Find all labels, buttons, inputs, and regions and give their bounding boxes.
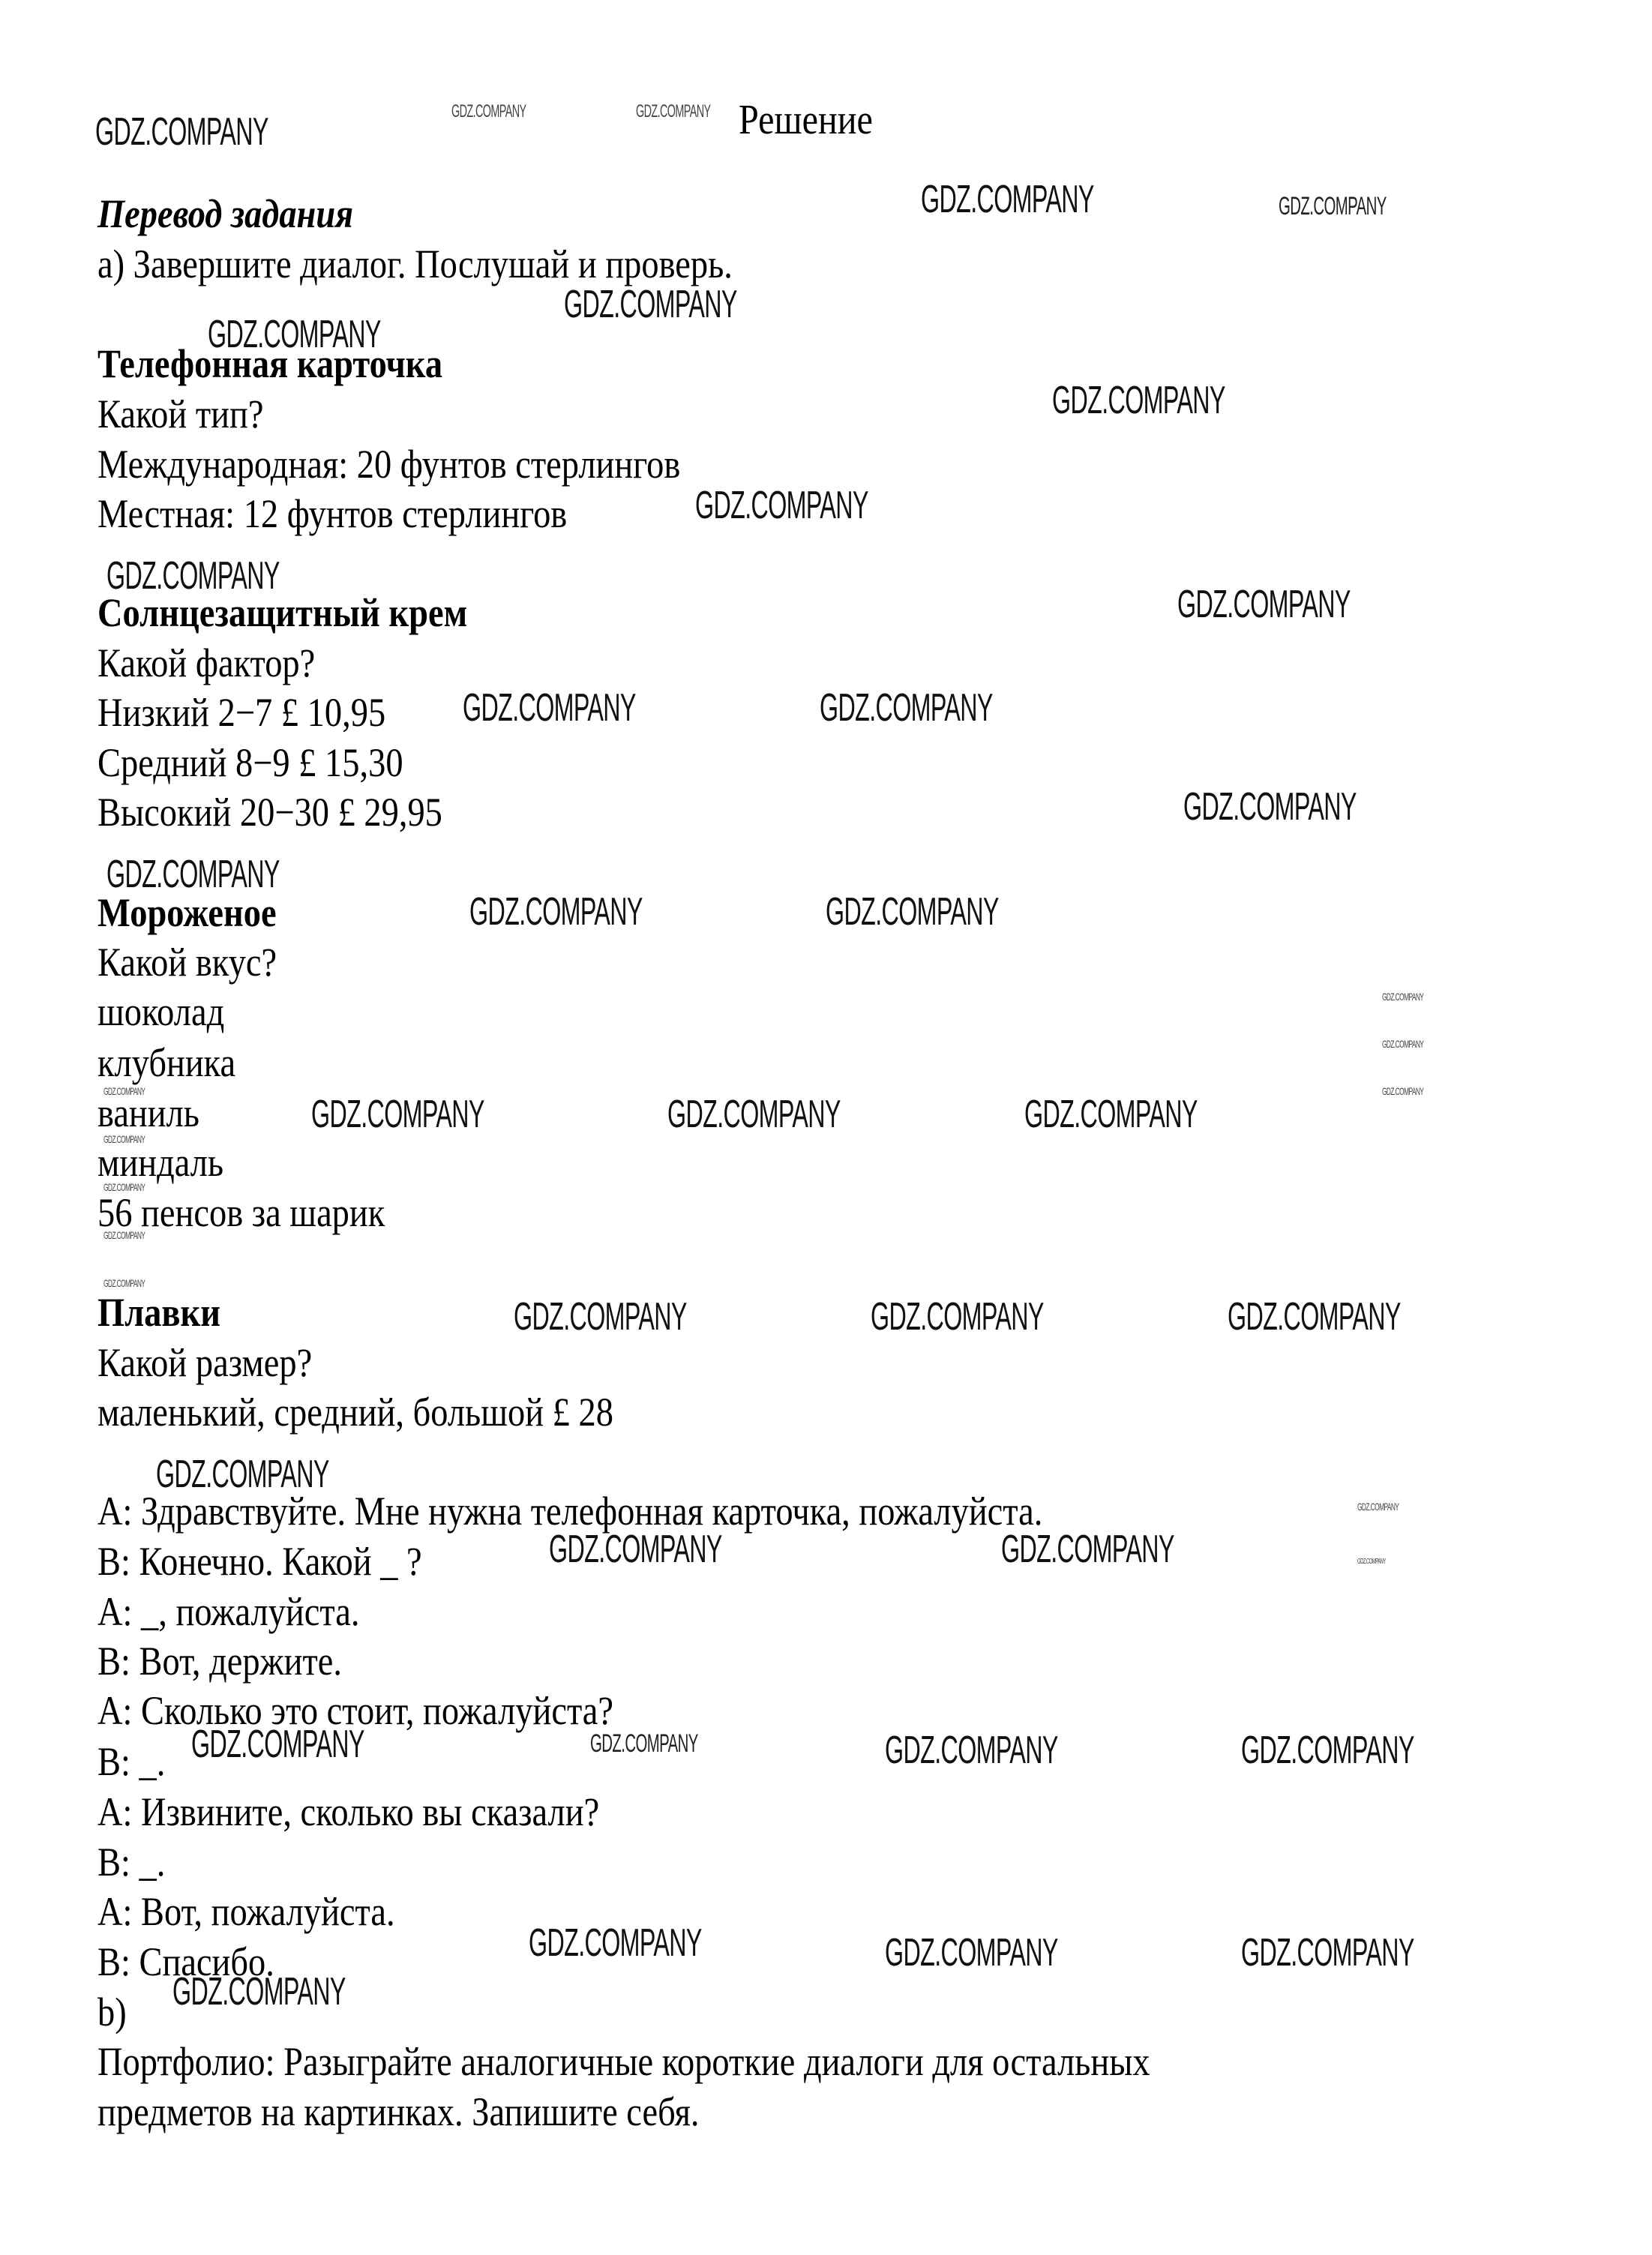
watermark: GDZ.COMPANY xyxy=(549,1530,722,1569)
dialogue-line: B: Конечно. Какой _ ? xyxy=(97,1541,422,1582)
watermark: GDZ.COMPANY xyxy=(514,1297,687,1336)
section-line: шоколад xyxy=(97,991,224,1032)
watermark: GDZ.COMPANY xyxy=(1001,1530,1174,1569)
watermark: GDZ.COMPANY xyxy=(463,688,636,727)
section-title-swim-trunks: Плавки xyxy=(97,1292,220,1333)
section-line: Низкий 2−7 £ 10,95 xyxy=(97,692,385,733)
solution-heading: Решение xyxy=(739,99,873,141)
section-line: Местная: 12 фунтов стерлингов xyxy=(97,493,567,534)
watermark: GDZ.COMPANY xyxy=(95,112,268,151)
section-title-sunscreen: Солнцезащитный крем xyxy=(97,592,467,633)
watermark: GDZ.COMPANY xyxy=(667,1095,841,1134)
dialogue-line: B: Вот, держите. xyxy=(97,1641,342,1681)
watermark: GDZ.COMPANY xyxy=(529,1924,702,1963)
watermark: GDZ.COMPANY xyxy=(1357,1501,1399,1512)
section-question: Какой тип? xyxy=(97,394,263,434)
task-b-instruction: Портфолио: Разыграйте аналогичные коротк… xyxy=(97,2041,1150,2082)
watermark: GDZ.COMPANY xyxy=(1241,1933,1414,1972)
section-line: Международная: 20 фунтов стерлингов xyxy=(97,444,680,484)
watermark: GDZ.COMPANY xyxy=(695,486,868,525)
watermark: GDZ.COMPANY xyxy=(885,1933,1058,1972)
section-line: маленький, средний, большой £ 28 xyxy=(97,1392,613,1432)
watermark: GDZ.COMPANY xyxy=(1052,381,1225,420)
watermark: GDZ.COMPANY xyxy=(1357,1558,1386,1566)
task-title: Перевод задания xyxy=(97,193,353,234)
watermark: GDZ.COMPANY xyxy=(820,688,993,727)
section-line: Средний 8−9 £ 15,30 xyxy=(97,742,403,783)
watermark: GDZ.COMPANY xyxy=(191,1725,364,1764)
dialogue-line: A: Вот, пожалуйста. xyxy=(97,1891,395,1932)
section-line: клубника xyxy=(97,1042,235,1083)
watermark: GDZ.COMPANY xyxy=(1279,193,1387,219)
section-line: Высокий 20−30 £ 29,95 xyxy=(97,792,442,832)
dialogue-line: A: Извините, сколько вы сказали? xyxy=(97,1792,599,1832)
watermark: GDZ.COMPANY xyxy=(636,103,711,121)
watermark: GDZ.COMPANY xyxy=(103,1086,145,1096)
watermark: GDZ.COMPANY xyxy=(1024,1095,1198,1134)
watermark: GDZ.COMPANY xyxy=(106,556,280,595)
section-line: миндаль xyxy=(97,1142,223,1183)
watermark: GDZ.COMPANY xyxy=(1382,991,1423,1002)
watermark: GDZ.COMPANY xyxy=(885,1731,1058,1770)
dialogue-line: A: _, пожалуйста. xyxy=(97,1591,359,1632)
watermark: GDZ.COMPANY xyxy=(156,1455,329,1494)
watermark: GDZ.COMPANY xyxy=(103,1278,145,1288)
watermark: GDZ.COMPANY xyxy=(1228,1297,1401,1336)
section-question: Какой фактор? xyxy=(97,643,315,683)
watermark: GDZ.COMPANY xyxy=(590,1731,698,1756)
watermark: GDZ.COMPANY xyxy=(103,1134,145,1144)
watermark: GDZ.COMPANY xyxy=(451,103,526,121)
watermark: GDZ.COMPANY xyxy=(1183,787,1357,826)
section-title-ice-cream: Мороженое xyxy=(97,892,277,933)
section-line: ваниль xyxy=(97,1093,199,1133)
dialogue-line: B: _. xyxy=(97,1842,165,1882)
section-question: Какой вкус? xyxy=(97,942,277,982)
watermark: GDZ.COMPANY xyxy=(1382,1086,1423,1096)
task-b-instruction: предметов на картинках. Запишите себя. xyxy=(97,2092,700,2132)
watermark: GDZ.COMPANY xyxy=(1241,1731,1414,1770)
section-line: 56 пенсов за шарик xyxy=(97,1192,385,1233)
dialogue-line: B: _. xyxy=(97,1741,165,1782)
document-page: Решение Перевод задания а) Завершите диа… xyxy=(0,0,1652,2255)
watermark: GDZ.COMPANY xyxy=(311,1095,484,1134)
section-question: Какой размер? xyxy=(97,1342,312,1383)
watermark: GDZ.COMPANY xyxy=(172,1972,346,2011)
watermark: GDZ.COMPANY xyxy=(921,180,1094,219)
task-a-instruction: а) Завершите диалог. Послушай и проверь. xyxy=(97,244,733,284)
watermark: GDZ.COMPANY xyxy=(106,855,280,894)
task-b-label: b) xyxy=(97,1992,127,2032)
watermark: GDZ.COMPANY xyxy=(103,1182,145,1192)
watermark: GDZ.COMPANY xyxy=(826,892,999,931)
watermark: GDZ.COMPANY xyxy=(469,892,643,931)
watermark: GDZ.COMPANY xyxy=(564,285,737,324)
watermark: GDZ.COMPANY xyxy=(1382,1039,1423,1049)
dialogue-line: A: Здравствуйте. Мне нужна телефонная ка… xyxy=(97,1491,1042,1531)
watermark: GDZ.COMPANY xyxy=(1177,585,1351,624)
watermark: GDZ.COMPANY xyxy=(103,1230,145,1240)
watermark: GDZ.COMPANY xyxy=(208,315,381,354)
watermark: GDZ.COMPANY xyxy=(871,1297,1044,1336)
